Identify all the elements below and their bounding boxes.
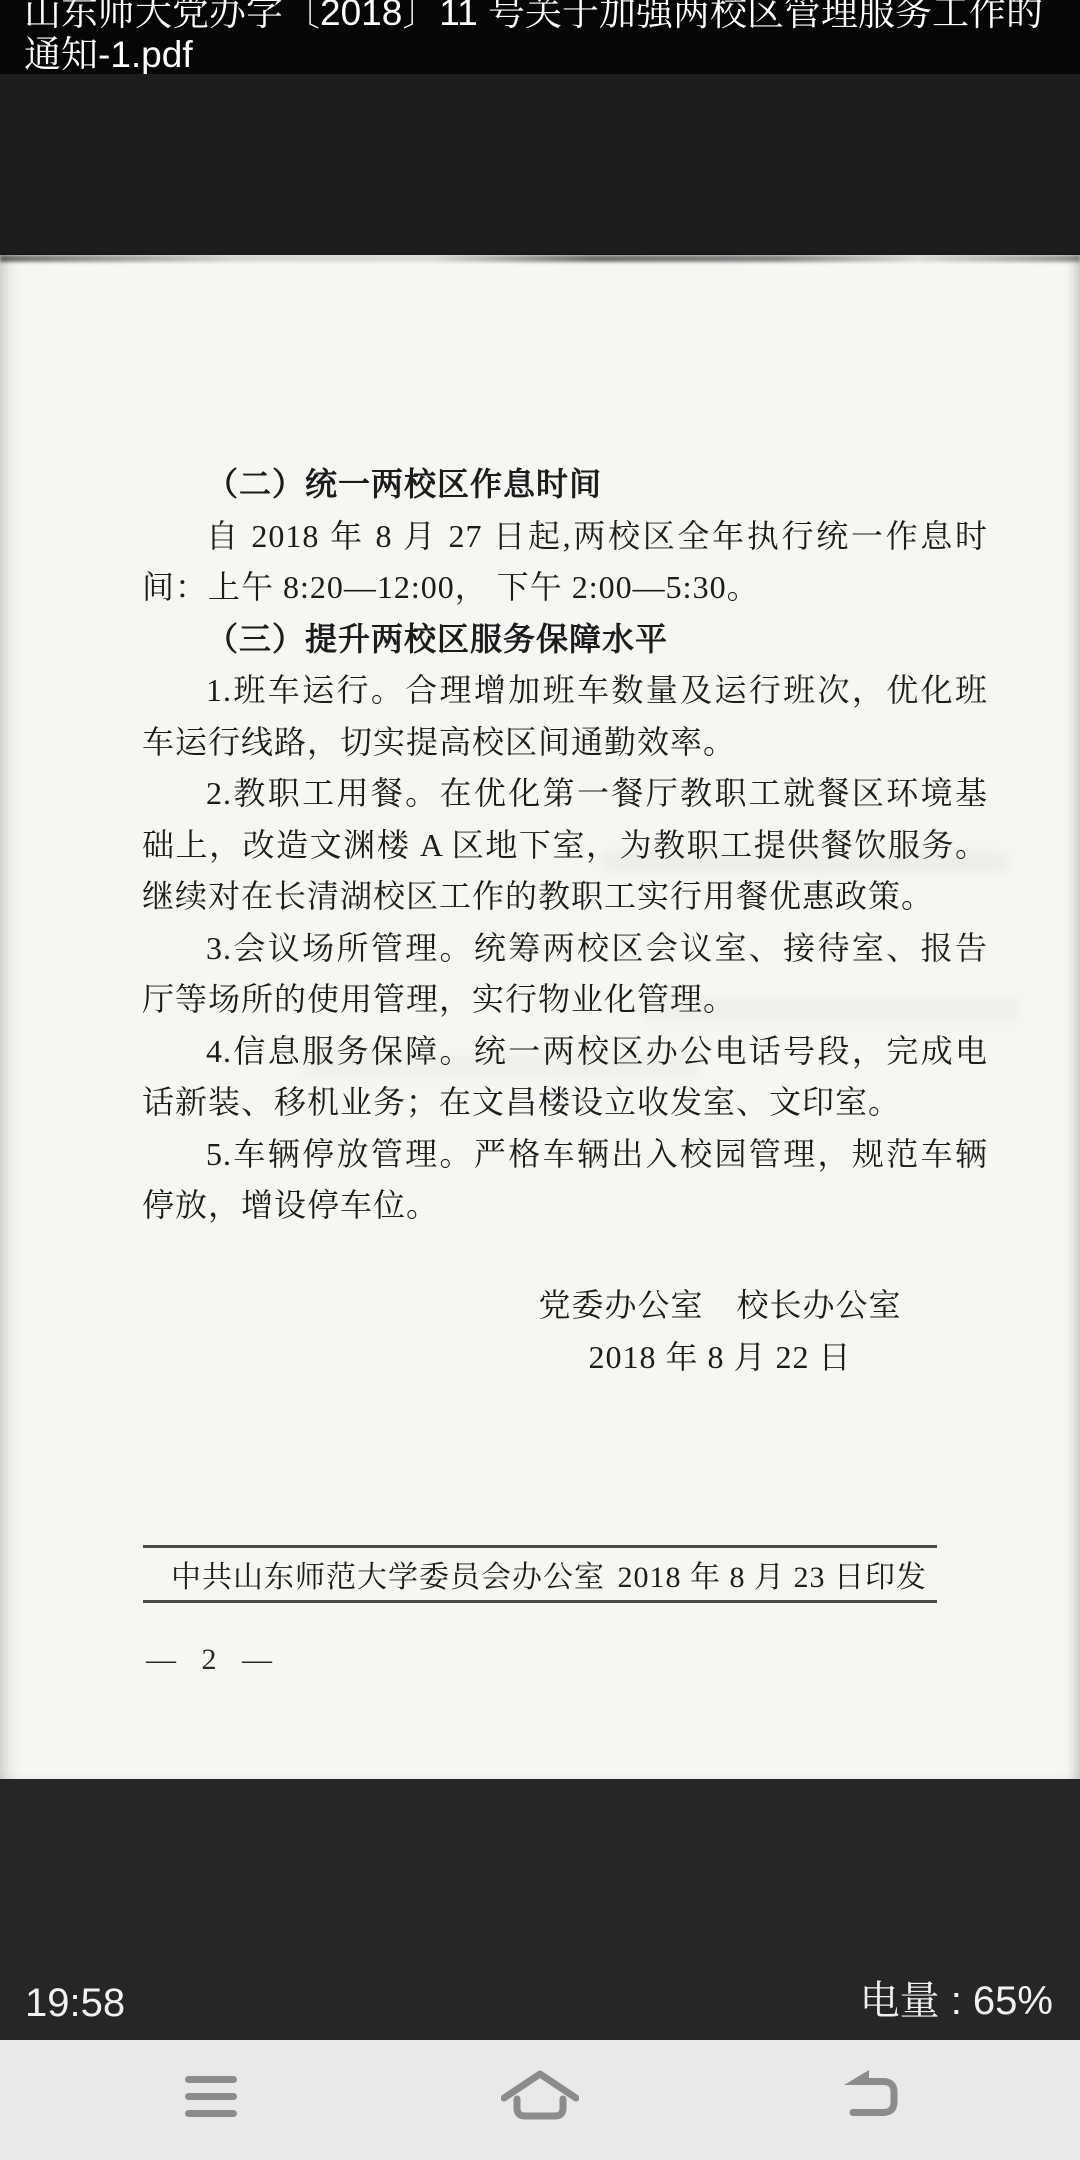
doc-paragraph: 自 2018 年 8 月 27 日起,两校区全年执行统一作息时间：上午 8:20… bbox=[142, 511, 988, 614]
android-pdf-viewer-screen: { "title_bar": { "filename": "山东师大党办字〔20… bbox=[0, 0, 1080, 2160]
signature-offices: 党委办公室 校长办公室 bbox=[480, 1279, 960, 1331]
signature-date: 2018 年 8 月 22 日 bbox=[480, 1331, 960, 1383]
page-number: — 2 — bbox=[146, 1643, 281, 1677]
battery-label: 电量 : 65% bbox=[860, 1969, 1053, 2026]
doc-paragraph: 2.教职工用餐。在优化第一餐厅教职工就餐区环境基础上，改造文渊楼 A 区地下室，… bbox=[142, 768, 988, 923]
doc-paragraph: 3.会议场所管理。统筹两校区会议室、接待室、报告厅等场所的使用管理，实行物业化管… bbox=[142, 923, 988, 1026]
status-bar: 19:58 电量 : 65% bbox=[0, 1779, 1080, 2040]
doc-paragraph: 5.车辆停放管理。严格车辆出入校园管理，规范车辆停放，增设停车位。 bbox=[142, 1129, 988, 1232]
footer-print-date: 2018 年 8 月 23 日印发 bbox=[618, 1552, 928, 1596]
pdf-filename: 山东师大党办字〔2018〕11 号关于加强两校区管理服务工作的通知-1.pdf bbox=[24, 0, 1060, 74]
back-icon[interactable] bbox=[841, 2070, 899, 2118]
scan-page-edge bbox=[0, 255, 1080, 262]
home-icon[interactable] bbox=[501, 2070, 579, 2120]
pdf-title-bar: 山东师大党办字〔2018〕11 号关于加强两校区管理服务工作的通知-1.pdf bbox=[0, 0, 1080, 74]
menu-icon[interactable] bbox=[185, 2076, 237, 2118]
signature-block: 党委办公室 校长办公室 2018 年 8 月 22 日 bbox=[480, 1279, 960, 1383]
doc-heading: （三）提升两校区服务保障水平 bbox=[142, 614, 988, 666]
document-text: （二）统一两校区作息时间 自 2018 年 8 月 27 日起,两校区全年执行统… bbox=[142, 459, 988, 1232]
menu-icon-bar bbox=[185, 2093, 237, 2100]
doc-heading: （二）统一两校区作息时间 bbox=[142, 459, 988, 511]
viewer-background bbox=[0, 74, 1080, 255]
clock-label: 19:58 bbox=[25, 1981, 125, 2026]
menu-icon-bar bbox=[185, 2110, 237, 2117]
menu-icon-bar bbox=[185, 2076, 237, 2083]
document-footer: 中共山东师范大学委员会办公室 2018 年 8 月 23 日印发 bbox=[143, 1545, 937, 1603]
document-page: （二）统一两校区作息时间 自 2018 年 8 月 27 日起,两校区全年执行统… bbox=[0, 255, 1080, 1779]
doc-paragraph: 1.班车运行。合理增加班车数量及运行班次，优化班车运行线路，切实提高校区间通勤效… bbox=[142, 665, 988, 768]
footer-issuer: 中共山东师范大学委员会办公室 bbox=[171, 1552, 605, 1596]
system-nav-bar bbox=[0, 2040, 1080, 2160]
doc-paragraph: 4.信息服务保障。统一两校区办公电话号段，完成电话新装、移机业务；在文昌楼设立收… bbox=[142, 1026, 988, 1129]
